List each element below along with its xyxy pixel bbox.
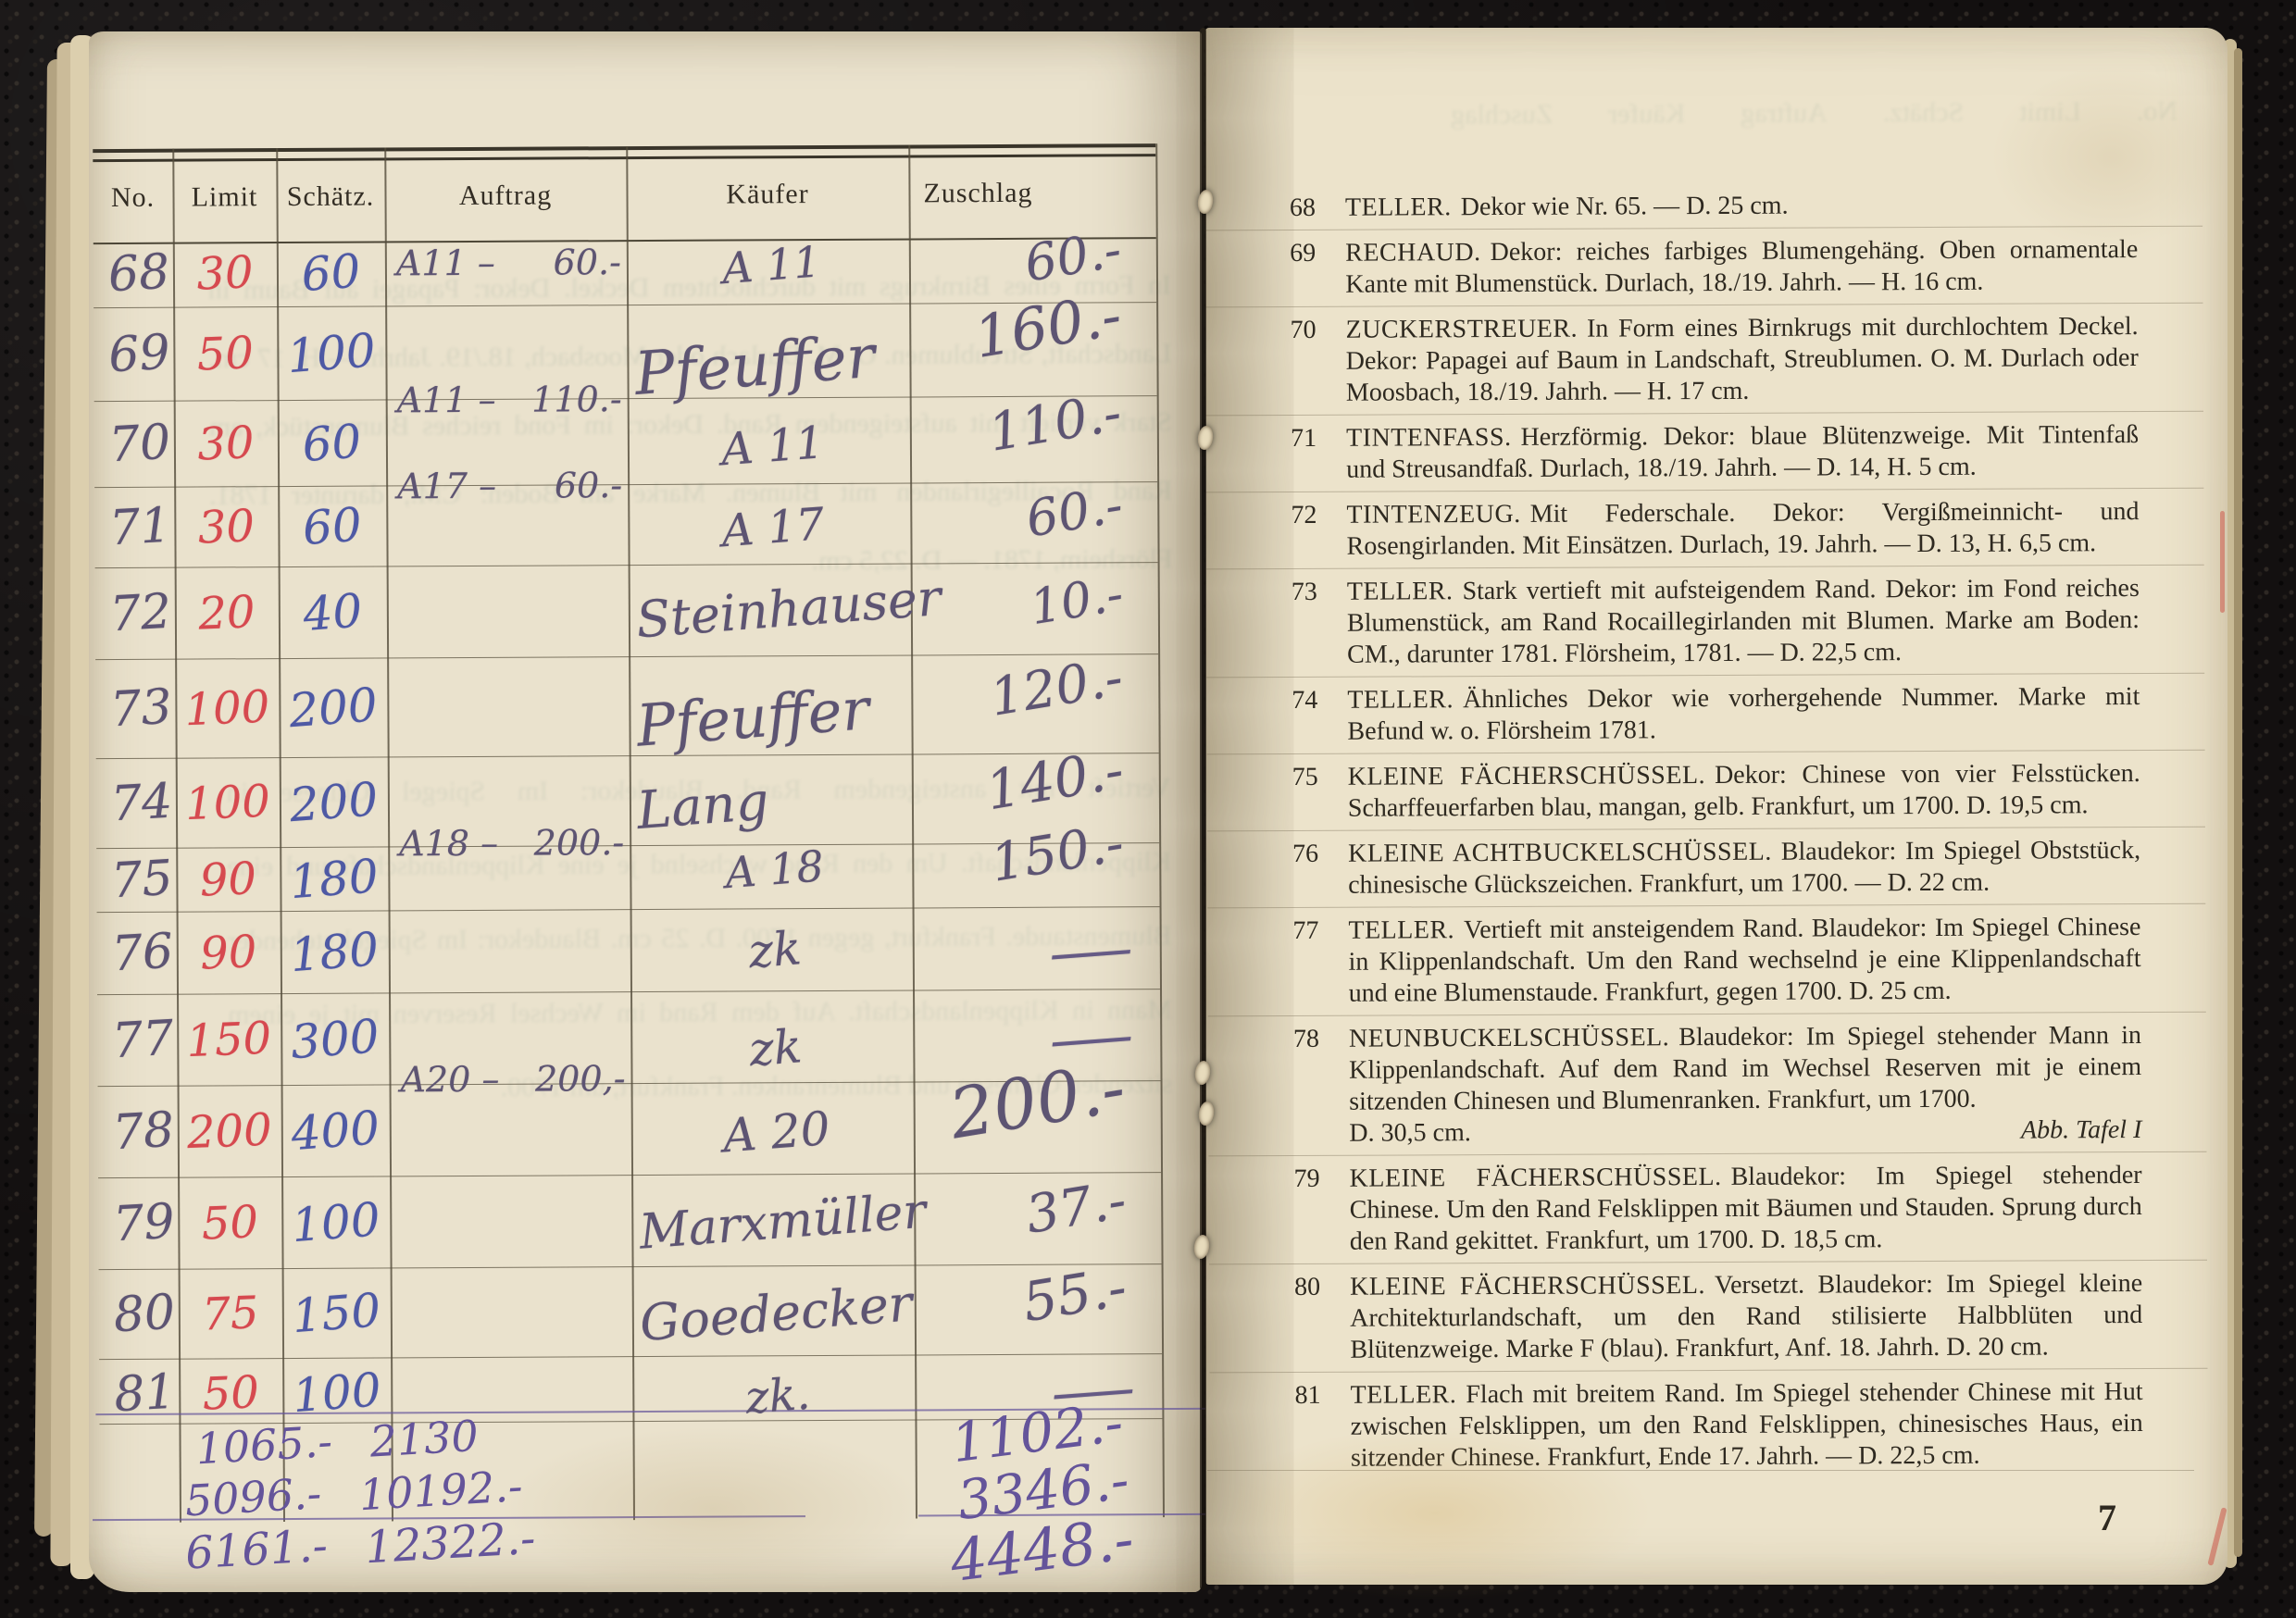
page-number: 7 — [2098, 1496, 2116, 1539]
hammer-price: — — [1042, 913, 1139, 987]
lot-description: Ähnliches Dekor wie vorhergehende Nummer… — [1347, 682, 2140, 746]
lot-number-handwritten: 80 — [96, 1267, 181, 1361]
lot-title: RECHAUD. — [1345, 238, 1480, 268]
lot-entry: 69RECHAUD.Dekor: reiches farbiges Blumen… — [1290, 234, 2138, 301]
estimate-value: 40 — [275, 564, 390, 662]
total-limit: 6161.- — [184, 1520, 330, 1580]
lot-title: TELLER. — [1347, 577, 1454, 606]
lot-number: 80 — [1294, 1272, 1342, 1303]
column-header-limit: Limit — [172, 152, 277, 243]
table-row: 70 30 60 A11 –110.- A 11 110.- — [94, 396, 1157, 488]
buyer-name: Goedecker — [638, 1274, 915, 1352]
hammer-price: 55.- — [1018, 1255, 1130, 1334]
lot-entry: 73TELLER.Stark vertieft mit aufsteigende… — [1291, 573, 2140, 671]
estimate-value: 200 — [276, 655, 392, 761]
lot-number-handwritten: 81 — [97, 1357, 181, 1429]
lot-number: 79 — [1294, 1164, 1342, 1195]
buyer-cell: A 18 — [630, 844, 912, 909]
lot-number-handwritten: 71 — [93, 485, 177, 569]
commission-bid-cell — [390, 1176, 632, 1267]
limit-value: 30 — [173, 485, 280, 568]
hammer-price-cell: 110.- — [910, 396, 1157, 482]
lot-entry: 80KLEINE FÄCHERSCHÜSSEL.Versetzt. Blaude… — [1294, 1268, 2142, 1366]
lot-title: KLEINE FÄCHERSCHÜSSEL. — [1350, 1271, 1705, 1301]
hammer-price-cell: 150.- — [912, 843, 1159, 907]
hammer-price: 10.- — [1026, 566, 1127, 636]
left-ledger-page: In Form eines Birnkrugs mit durchlochtem… — [89, 31, 1202, 1592]
buyer-cell: A 11 — [627, 237, 909, 305]
commission-bid: A20 –200,- — [400, 1058, 625, 1100]
buyer-cell: zk — [630, 990, 914, 1083]
limit-value: 90 — [175, 910, 281, 995]
limit-value: 200 — [176, 1084, 283, 1178]
buyer-cell: Steinhauser — [629, 564, 912, 656]
lot-title: NEUNBUCKELSCHÜSSEL. — [1349, 1023, 1669, 1053]
lot-number-handwritten: 72 — [93, 566, 177, 661]
limit-value: 50 — [176, 1176, 283, 1270]
lot-number: 70 — [1291, 315, 1339, 346]
buyer-cell: Lang — [630, 754, 912, 845]
hammer-price-cell: 160.- — [909, 303, 1157, 396]
buyer-cell: A 11 — [628, 397, 910, 484]
buyer-cell: Marxmüller — [631, 1174, 915, 1266]
lot-title: TELLER. — [1347, 685, 1454, 715]
commission-bid-cell: A20 –200,- — [390, 1084, 632, 1176]
hammer-price-cell: 60.- — [910, 482, 1157, 563]
commission-bid-cell — [387, 566, 630, 657]
limit-value: 75 — [177, 1267, 284, 1360]
buyer-cell: A 17 — [628, 483, 910, 565]
buyer-cell: zk. — [632, 1355, 915, 1425]
lot-entry: 79KLEINE FÄCHERSCHÜSSEL.Blaudekor: Im Sp… — [1294, 1160, 2142, 1258]
buyer-name: A 17 — [719, 498, 826, 557]
hammer-price-cell: 10.- — [911, 563, 1159, 654]
table-row: 75 90 180 A18 –200.- A 18 150.- — [96, 843, 1159, 913]
lot-number-handwritten: 76 — [94, 910, 179, 996]
commission-bid-cell: A18 –200.- — [388, 846, 630, 910]
buyer-cell: Goedecker — [632, 1265, 915, 1356]
total-estimate: 2130 — [368, 1411, 480, 1467]
total-estimate: 10192.- — [357, 1461, 523, 1520]
column-header-auftrag: Auftrag — [384, 150, 627, 241]
buyer-cell: zk — [630, 908, 913, 991]
commission-bid: A11 –60.- — [396, 242, 621, 283]
table-row: 68 30 60 A11 –60.- A 11 60.- — [94, 235, 1156, 308]
lot-number-handwritten: 73 — [93, 657, 178, 760]
lot-entry: 78NEUNBUCKELSCHÜSSEL.Blaudekor: Im Spieg… — [1293, 1020, 2142, 1150]
lot-entry: 68TELLER.Dekor wie Nr. 65. — D. 25 cm. — [1290, 189, 2138, 224]
hammer-price: 37.- — [1022, 1170, 1130, 1246]
lot-description: Dekor wie Nr. 65. — D. 25 cm. — [1461, 192, 1789, 222]
table-rows: 68 30 60 A11 –60.- A 11 60.- 69 50 100 P… — [94, 235, 1163, 1425]
lot-number-handwritten: 78 — [95, 1084, 180, 1179]
limit-value: 90 — [175, 846, 281, 913]
lot-description: Flach mit breitem Rand. Im Spiegel stehe… — [1351, 1377, 2143, 1473]
lot-number: 71 — [1291, 423, 1339, 454]
limit-value: 100 — [174, 756, 281, 849]
right-catalog-page: No. Limit Schätz. Auftrag Käufer Zuschla… — [1205, 28, 2227, 1585]
estimate-value: 60 — [275, 483, 389, 571]
limit-value: 150 — [175, 992, 282, 1087]
table-row: 79 50 100 Marxmüller 37.- — [98, 1173, 1162, 1270]
buyer-name: A 11 — [720, 236, 822, 293]
buyer-name: zk. — [743, 1367, 812, 1424]
table-header-row: No. Limit Schätz. Auftrag Käufer Zuschla… — [93, 143, 1156, 244]
lot-list: 68TELLER.Dekor wie Nr. 65. — D. 25 cm. 6… — [1290, 189, 2143, 1488]
lot-entry: 76KLEINE ACHTBUCKELSCHÜSSEL.Blaudekor: I… — [1292, 835, 2140, 902]
lot-number: 75 — [1292, 762, 1341, 793]
lot-number: 76 — [1292, 839, 1341, 870]
table-row: 71 30 60 A17 –60.- A 17 60.- — [94, 482, 1157, 568]
total-limit: 5096.- — [183, 1468, 322, 1525]
buyer-cell: A 20 — [631, 1082, 915, 1175]
column-header-no: No. — [93, 153, 173, 243]
buyer-name: A 18 — [724, 840, 826, 898]
estimate-value: 60 — [274, 235, 387, 310]
lot-entry: 81TELLER.Flach mit breitem Rand. Im Spie… — [1295, 1376, 2143, 1475]
lot-title: TELLER. — [1345, 193, 1452, 222]
table-row: 72 20 40 Steinhauser 10.- — [95, 563, 1159, 660]
buyer-name: Steinhauser — [634, 567, 943, 649]
book-gutter — [1200, 28, 1206, 1590]
lot-number-handwritten: 69 — [92, 305, 177, 403]
column-header-zuschlag: Zuschlag — [908, 147, 1156, 238]
table-row: 80 75 150 Goedecker 55.- — [99, 1264, 1162, 1360]
limit-value: 30 — [172, 399, 280, 488]
buyer-cell: Pfeuffer — [627, 304, 910, 398]
lot-number-handwritten: 77 — [95, 992, 180, 1088]
lot-title: KLEINE ACHTBUCKELSCHÜSSEL. — [1348, 838, 1772, 868]
lot-number: 78 — [1293, 1024, 1341, 1055]
commission-bid: A11 –110.- — [397, 379, 622, 420]
lot-title: TELLER. — [1348, 915, 1454, 945]
hammer-price-cell: 55.- — [915, 1264, 1162, 1354]
table-row: 73 100 200 Pfeuffer 120.- — [95, 654, 1159, 759]
hammer-price: 120.- — [986, 647, 1127, 728]
buyer-name: Pfeuffer — [632, 323, 877, 409]
lot-title: TINTENZEUG. — [1346, 500, 1520, 529]
estimate-value: 60 — [275, 397, 390, 491]
estimate-value: 180 — [278, 907, 392, 997]
buyer-name: Lang — [635, 771, 771, 841]
table-row: 78 200 400 A20 –200,- A 20 200.- — [98, 1081, 1162, 1178]
buyer-name: zk — [747, 921, 804, 978]
lot-entry: 77TELLER.Vertieft mit ansteigendem Rand.… — [1292, 912, 2140, 1010]
lot-number: 69 — [1290, 238, 1338, 269]
hammer-price-cell: 60.- — [909, 235, 1156, 303]
hammer-price: 60.- — [1022, 475, 1127, 548]
hammer-price-cell: — — [913, 907, 1160, 989]
page-stack-edge — [2234, 48, 2242, 1557]
bleed-through-text: No. Limit Schätz. Auftrag Käufer Zuschla… — [1270, 79, 2177, 157]
buyer-name: A 11 — [719, 417, 826, 476]
commission-bid-cell: A17 –60.- — [386, 485, 628, 566]
lot-entry: 75KLEINE FÄCHERSCHÜSSEL.Dekor: Chinese v… — [1292, 758, 2140, 825]
lot-entry: 74TELLER.Ähnliches Dekor wie vorhergehen… — [1291, 681, 2140, 748]
lot-tail-row: D. 30,5 cm. Abb. Tafel I — [1349, 1114, 2141, 1150]
lot-number: 72 — [1291, 500, 1339, 531]
estimate-value: 180 — [278, 843, 391, 915]
lot-number: 68 — [1290, 193, 1338, 224]
lot-title: TELLER. — [1351, 1380, 1457, 1410]
lot-number-handwritten: 68 — [92, 238, 175, 309]
estimate-value: 200 — [277, 754, 392, 852]
total-limit: 1065.- — [194, 1416, 333, 1474]
lot-entry: 72TINTENZEUG.Mit Federschale. Dekor: Ver… — [1291, 496, 2139, 563]
table-row: 76 90 180 zk — — [97, 907, 1160, 995]
lot-number: 74 — [1291, 685, 1340, 716]
estimate-value: 100 — [279, 1174, 393, 1272]
estimate-value: 300 — [278, 990, 393, 1089]
red-edge-mark — [2220, 511, 2225, 613]
lot-description: Stark vertieft mit aufsteigendem Rand. D… — [1347, 574, 2140, 669]
hammer-price-cell: 200.- — [914, 1081, 1162, 1173]
lot-title: KLEINE FÄCHERSCHÜSSEL. — [1350, 1163, 1722, 1193]
total-estimate: 12322.- — [364, 1512, 537, 1574]
lot-entry: 70ZUCKERSTREUER.In Form eines Birnkrugs … — [1291, 311, 2139, 409]
lot-entry: 71TINTENFASS.Herzförmig. Dekor: blaue Bl… — [1291, 419, 2139, 486]
lot-number: 73 — [1291, 577, 1340, 608]
limit-value: 50 — [178, 1357, 284, 1428]
ledger-table: No. Limit Schätz. Auftrag Käufer Zuschla… — [85, 29, 1206, 1595]
estimate-value: 400 — [278, 1082, 393, 1180]
lot-number: 77 — [1292, 915, 1341, 947]
lot-plate-reference: Abb. Tafel I — [2021, 1114, 2142, 1147]
buyer-name: zk — [747, 1019, 804, 1077]
hammer-price-cell: 37.- — [914, 1173, 1162, 1264]
limit-value: 20 — [173, 566, 281, 660]
commission-bid-cell — [391, 1267, 632, 1357]
column-header-kaeufer: Käufer — [626, 149, 909, 241]
estimate-value: 150 — [279, 1265, 393, 1363]
lot-number-handwritten: 70 — [92, 399, 176, 489]
buyer-cell: Pfeuffer — [629, 655, 912, 755]
buyer-name: Pfeuffer — [634, 675, 871, 760]
lot-dimension: D. 30,5 cm. — [1349, 1117, 1471, 1150]
lot-title: ZUCKERSTREUER. — [1346, 315, 1578, 344]
lot-title: TINTENFASS. — [1346, 423, 1512, 453]
lot-number-handwritten: 79 — [96, 1176, 181, 1271]
lot-description: Vertieft mit ansteigendem Rand. Blaudeko… — [1349, 913, 2141, 1008]
buyer-name: A 20 — [720, 1101, 831, 1164]
estimate-value: 100 — [274, 304, 389, 404]
column-header-schaetz: Schätz. — [276, 151, 385, 242]
commission-bid-cell — [387, 657, 630, 756]
limit-value: 50 — [171, 305, 279, 402]
limit-value: 30 — [172, 238, 279, 308]
table-row: 69 50 100 Pfeuffer 160.- — [94, 303, 1157, 402]
commission-bid: A18 –200.- — [399, 822, 624, 864]
commission-bid-cell: A11 –60.- — [385, 238, 627, 305]
lot-title: KLEINE FÄCHERSCHÜSSEL. — [1348, 761, 1705, 791]
lot-number-handwritten: 74 — [94, 756, 178, 850]
commission-bid: A17 –60.- — [397, 465, 622, 506]
rule-line — [1207, 1470, 2194, 1471]
limit-value: 100 — [173, 657, 281, 759]
auction-catalog-book: In Form eines Birnkrugs mit durchlochtem… — [0, 0, 2296, 1618]
hammer-price-cell: 120.- — [911, 654, 1159, 753]
lot-number-handwritten: 75 — [94, 846, 178, 914]
buyer-name: Marxmüller — [638, 1184, 929, 1261]
lot-number: 81 — [1295, 1380, 1343, 1412]
commission-bid-cell — [389, 910, 630, 992]
